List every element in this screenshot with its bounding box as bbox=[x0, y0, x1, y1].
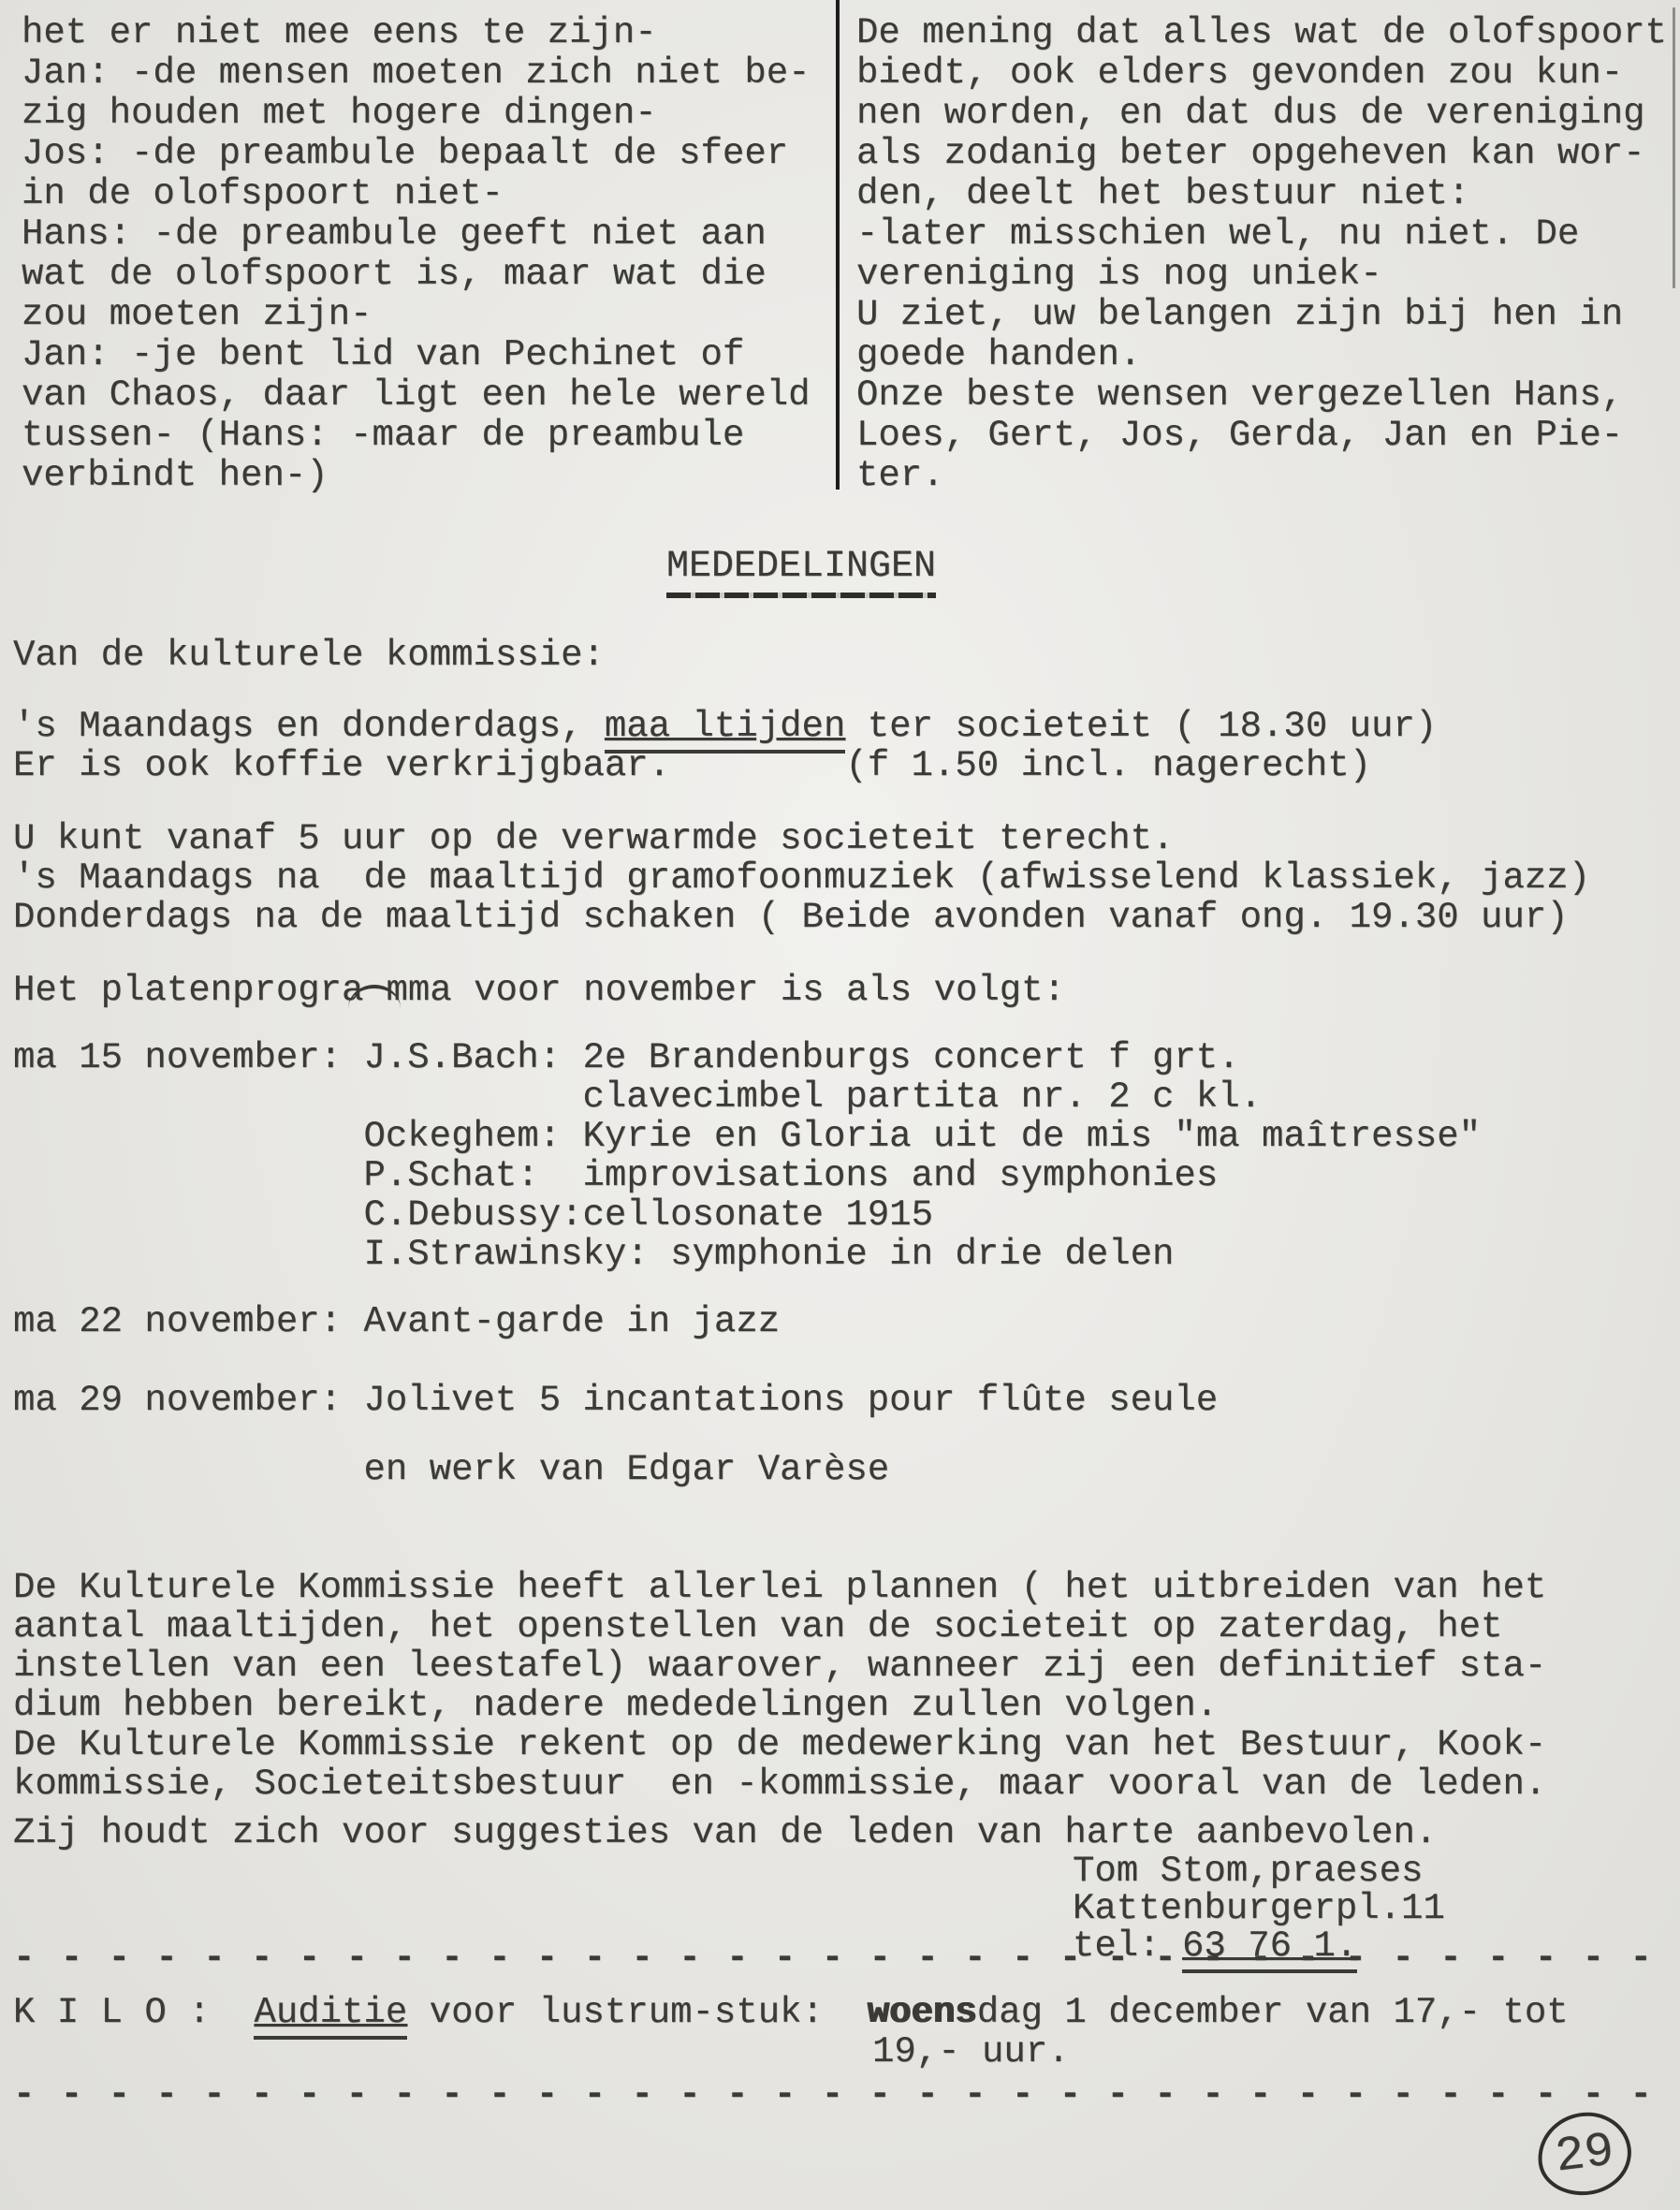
signature-name: Tom Stom,praeses bbox=[1073, 1852, 1680, 1890]
kilo-overstruck-text: woens bbox=[868, 1992, 977, 2033]
right-column-text: De mening dat alles wat de olofspoort bi… bbox=[832, 13, 1680, 504]
kilo-mid-text: voor lustrum-stuk: bbox=[407, 1992, 867, 2033]
page-number-stamp: 29 bbox=[1533, 2107, 1636, 2201]
program-intro-suffix: mma voor november is als volgt: bbox=[386, 970, 1065, 1011]
scanned-newsletter-page: het er niet mee eens te zijn- Jan: -de m… bbox=[0, 0, 1680, 2210]
program-nov29-extra-line: en werk van Edgar Varèse bbox=[0, 1450, 1680, 1489]
column-divider-rule bbox=[836, 0, 840, 490]
dashed-separator-top: - - - - - - - - - - - - - - - - - - - - … bbox=[13, 1944, 1671, 1972]
meals-prefix: 's Maandags en donderdags, bbox=[13, 706, 605, 747]
coffee-line: Er is ook koffie verkrijgbaar. (f 1.50 i… bbox=[0, 746, 1680, 785]
scan-edge-artifact bbox=[1673, 7, 1675, 288]
program-intro-line: Het platenprogramma voor november is als… bbox=[0, 971, 1680, 1010]
kilo-rest-text: dag 1 december van 17,- tot bbox=[977, 1992, 1569, 2033]
suggestion-line: Zij houdt zich voor suggesties van de le… bbox=[0, 1813, 1680, 1852]
dashed-separator-bottom: - - - - - - - - - - - - - - - - - - - - … bbox=[13, 2081, 1671, 2109]
signature-address: Kattenburgerpl.11 bbox=[1073, 1890, 1680, 1927]
program-nov29-line: ma 29 november: Jolivet 5 incantations p… bbox=[0, 1381, 1680, 1420]
program-intro-prefix: Het platenprogra bbox=[13, 970, 363, 1011]
section-heading: MEDEDELINGEN bbox=[666, 547, 936, 598]
section-heading-title: MEDEDELINGEN bbox=[666, 547, 936, 588]
meals-line: 's Maandags en donderdags, maa ltijden t… bbox=[0, 707, 1680, 746]
kilo-announcement-line: K I L O : Auditie voor lustrum-stuk: woe… bbox=[0, 1993, 1680, 2032]
meals-suffix: ter societeit ( 18.30 uur) bbox=[845, 706, 1437, 747]
left-column-text: het er niet mee eens te zijn- Jan: -de m… bbox=[22, 13, 832, 504]
two-column-section: het er niet mee eens te zijn- Jan: -de m… bbox=[0, 0, 1680, 504]
kilo-second-line: 19,- uur. bbox=[859, 2032, 1680, 2071]
program-nov22-line: ma 22 november: Avant-garde in jazz bbox=[0, 1302, 1680, 1341]
program-nov15-block: ma 15 november: J.S.Bach: 2e Brandenburg… bbox=[0, 1038, 1680, 1274]
kommissie-intro-line: Van de kulturele kommissie: bbox=[0, 636, 1680, 675]
kilo-auditie-underlined: Auditie bbox=[254, 1992, 407, 2040]
plans-paragraph: De Kulturele Kommissie heeft allerlei pl… bbox=[0, 1568, 1680, 1804]
heading-underline bbox=[666, 593, 936, 598]
page-number: 29 bbox=[1552, 2123, 1616, 2185]
kilo-label: K I L O : bbox=[13, 1992, 254, 2033]
opening-info-block: U kunt vanaf 5 uur op de verwarmde socie… bbox=[0, 819, 1680, 937]
